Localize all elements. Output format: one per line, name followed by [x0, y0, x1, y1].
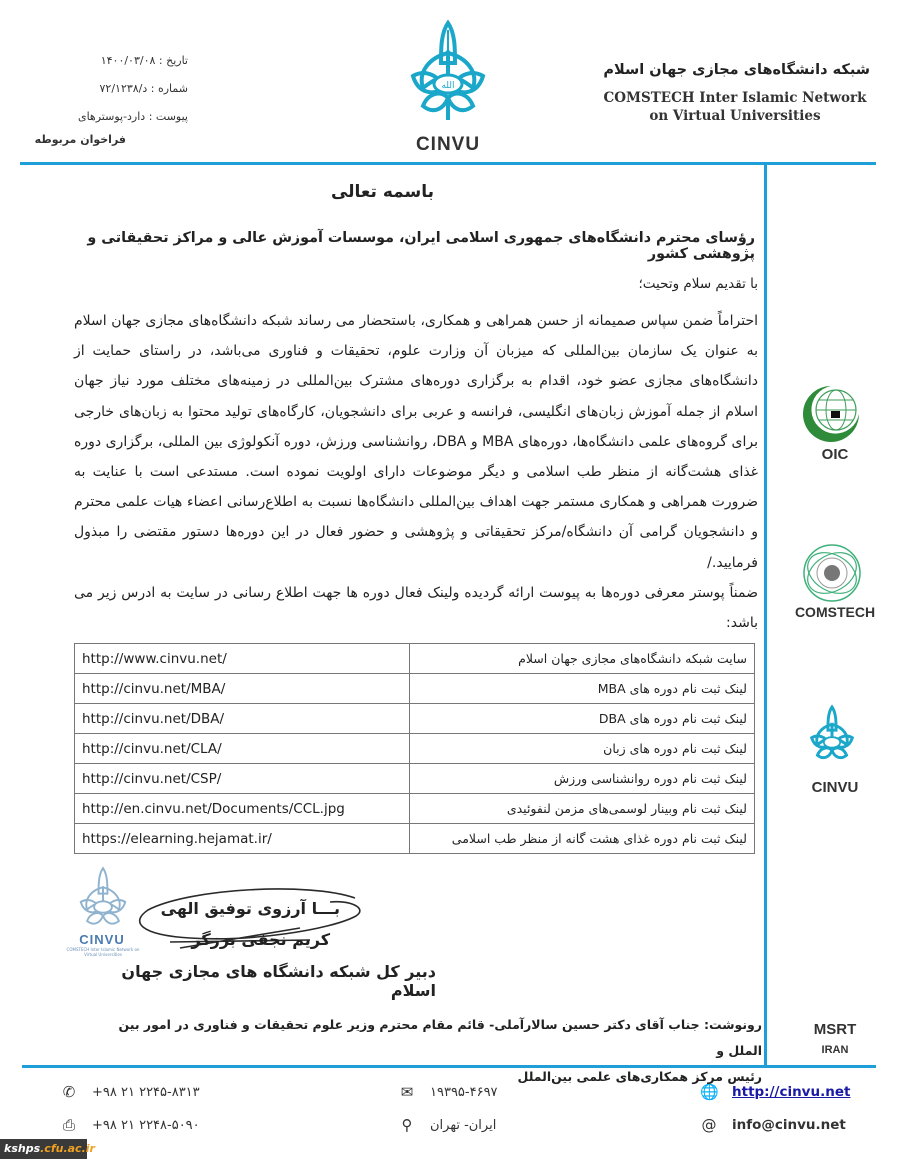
date-label: تاریخ :	[159, 54, 188, 67]
footer-email: @ info@cinvu.net	[700, 1116, 846, 1134]
envelope-icon: ✉	[398, 1083, 416, 1101]
msrt-label: MSRT	[770, 1021, 900, 1038]
link-description: لینک ثبت نام دوره های DBA	[410, 704, 755, 734]
cinvu-header-logo: الله	[393, 18, 503, 133]
cinvu-flower-icon: الله	[393, 18, 503, 128]
cinvu-header-logo-text: CINVU	[393, 134, 503, 156]
website-link[interactable]: http://cinvu.net	[732, 1084, 850, 1100]
msrt-country-label: IRAN	[770, 1044, 900, 1056]
table-row: http://cinvu.net/CLA/ لینک ثبت نام دوره …	[75, 734, 755, 764]
link-url[interactable]: http://cinvu.net/MBA/	[75, 674, 410, 704]
link-description: لینک ثبت نام دوره روانشناسی ورزش	[410, 764, 755, 794]
date-field: تاریخ : ۱۴۰۰/۰۳/۰۸	[28, 54, 188, 67]
watermark-part-1: kshps	[4, 1142, 40, 1155]
cinvu-sidebar-logo	[800, 700, 864, 772]
po-box-number: ۱۹۳۹۵-۴۶۹۷	[430, 1085, 498, 1100]
signature-wish: بـــا آرزوی توفیق الهی	[150, 899, 340, 918]
brand-name-en-line1: COMSTECH Inter Islamic Network	[600, 89, 870, 107]
cc-line-1: رونوشت: جناب آقای دکتر حسین سالارآملی- ق…	[100, 1012, 762, 1064]
letter-body-paragraph-1: احتراماً ضمن سپاس صمیمانه از حسن همراهی …	[74, 306, 758, 578]
email-address[interactable]: info@cinvu.net	[732, 1117, 846, 1133]
table-row: https://elearning.hejamat.ir/ لینک ثبت ن…	[75, 824, 755, 854]
watermark-part-2: .cfu.ac.ir	[40, 1142, 95, 1155]
comstech-emblem-icon	[800, 542, 864, 604]
at-sign-icon: @	[700, 1116, 718, 1134]
link-url[interactable]: https://elearning.hejamat.ir/	[75, 824, 410, 854]
oic-logo	[800, 383, 862, 445]
link-description: لینک ثبت نام دوره غذای هشت گانه از منظر …	[410, 824, 755, 854]
table-row: http://www.cinvu.net/ سایت شبکه دانشگاه‌…	[75, 644, 755, 674]
letter-body: احتراماً ضمن سپاس صمیمانه از حسن همراهی …	[74, 306, 758, 638]
letter-greeting: با تقدیم سلام وتحیت؛	[30, 276, 758, 292]
link-description: لینک ثبت نام دوره های MBA	[410, 674, 755, 704]
table-row: http://cinvu.net/MBA/ لینک ثبت نام دوره …	[75, 674, 755, 704]
svg-text:الله: الله	[441, 81, 454, 91]
letter-title: باسمه تعالی	[0, 182, 765, 202]
comstech-logo	[800, 542, 864, 604]
header-divider	[20, 162, 876, 165]
sidebar-divider	[764, 162, 767, 1067]
letter-addressee: رؤسای محترم دانشگاه‌های جمهوری اسلامی ای…	[30, 230, 755, 262]
footer-address: ⚲ ایران- تهران	[398, 1116, 496, 1134]
oic-globe-icon	[800, 383, 862, 445]
date-value: ۱۴۰۰/۰۳/۰۸	[101, 54, 156, 67]
address-text: ایران- تهران	[430, 1118, 496, 1133]
brand-name-en: COMSTECH Inter Islamic Network on Virtua…	[600, 89, 870, 125]
cinvu-sidebar-logo-label: CINVU	[770, 779, 900, 796]
signature-stamp-logo	[68, 865, 138, 935]
brand-name-fa: شبکه دانشگاه‌های مجازی جهان اسلام	[603, 62, 870, 78]
links-table: http://www.cinvu.net/ سایت شبکه دانشگاه‌…	[74, 643, 755, 854]
link-url[interactable]: http://cinvu.net/CSP/	[75, 764, 410, 794]
table-row: http://en.cinvu.net/Documents/CCL.jpg لی…	[75, 794, 755, 824]
signature-name: کریم نجفی برزگر	[150, 930, 330, 949]
link-description: سایت شبکه دانشگاه‌های مجازی جهان اسلام	[410, 644, 755, 674]
number-label: شماره :	[151, 82, 188, 95]
link-url[interactable]: http://cinvu.net/DBA/	[75, 704, 410, 734]
footer-fax: ⎙ +۹۸ ۲۱ ۲۲۴۸-۵۰۹۰	[60, 1116, 200, 1134]
cinvu-stamp-icon	[68, 865, 138, 935]
attachment-value: دارد-پوسترهای	[78, 110, 145, 123]
link-url[interactable]: http://cinvu.net/CLA/	[75, 734, 410, 764]
footer-website: 🌐 http://cinvu.net	[700, 1083, 850, 1101]
table-row: http://cinvu.net/CSP/ لینک ثبت نام دوره …	[75, 764, 755, 794]
attachment-field: پیوست : دارد-پوسترهای	[28, 110, 188, 123]
attachment-value-line2: فراخوان مربوطه	[26, 133, 126, 146]
site-watermark: kshps.cfu.ac.ir	[0, 1139, 87, 1159]
fax-number: +۹۸ ۲۱ ۲۲۴۸-۵۰۹۰	[92, 1118, 200, 1133]
brand-name-en-line2: on Virtual Universities	[600, 107, 870, 125]
link-url[interactable]: http://en.cinvu.net/Documents/CCL.jpg	[75, 794, 410, 824]
link-description: لینک ثبت نام دوره های زبان	[410, 734, 755, 764]
link-url[interactable]: http://www.cinvu.net/	[75, 644, 410, 674]
signature-stamp-text: CINVU	[66, 932, 138, 947]
number-field: شماره : د/۷۲/۱۲۳۸	[28, 82, 188, 95]
oic-logo-label: OIC	[770, 446, 900, 463]
map-pin-icon: ⚲	[398, 1116, 416, 1134]
comstech-logo-label: COMSTECH	[770, 604, 900, 620]
footer-po-box: ✉ ۱۹۳۹۵-۴۶۹۷	[398, 1083, 498, 1101]
cc-block: رونوشت: جناب آقای دکتر حسین سالارآملی- ق…	[100, 1012, 762, 1090]
globe-icon: 🌐	[700, 1083, 718, 1101]
letter-body-paragraph-2: ضمناً پوستر معرفی دوره‌ها به پیوست ارائه…	[74, 578, 758, 638]
number-value: د/۷۲/۱۲۳۸	[100, 82, 148, 95]
phone-number: +۹۸ ۲۱ ۲۲۴۵-۸۳۱۳	[92, 1085, 200, 1100]
printer-icon: ⎙	[60, 1116, 78, 1134]
phone-icon: ✆	[60, 1083, 78, 1101]
table-row: http://cinvu.net/DBA/ لینک ثبت نام دوره …	[75, 704, 755, 734]
link-description: لینک ثبت نام وبینار لوسمی‌های مزمن لنفوئ…	[410, 794, 755, 824]
cinvu-flower-icon	[800, 700, 864, 772]
attachment-label: پیوست :	[149, 110, 188, 123]
signature-position: دبیر کل شبکه دانشگاه های مجازی جهان اسلا…	[100, 962, 436, 1000]
footer-phone: ✆ +۹۸ ۲۱ ۲۲۴۵-۸۳۱۳	[60, 1083, 200, 1101]
